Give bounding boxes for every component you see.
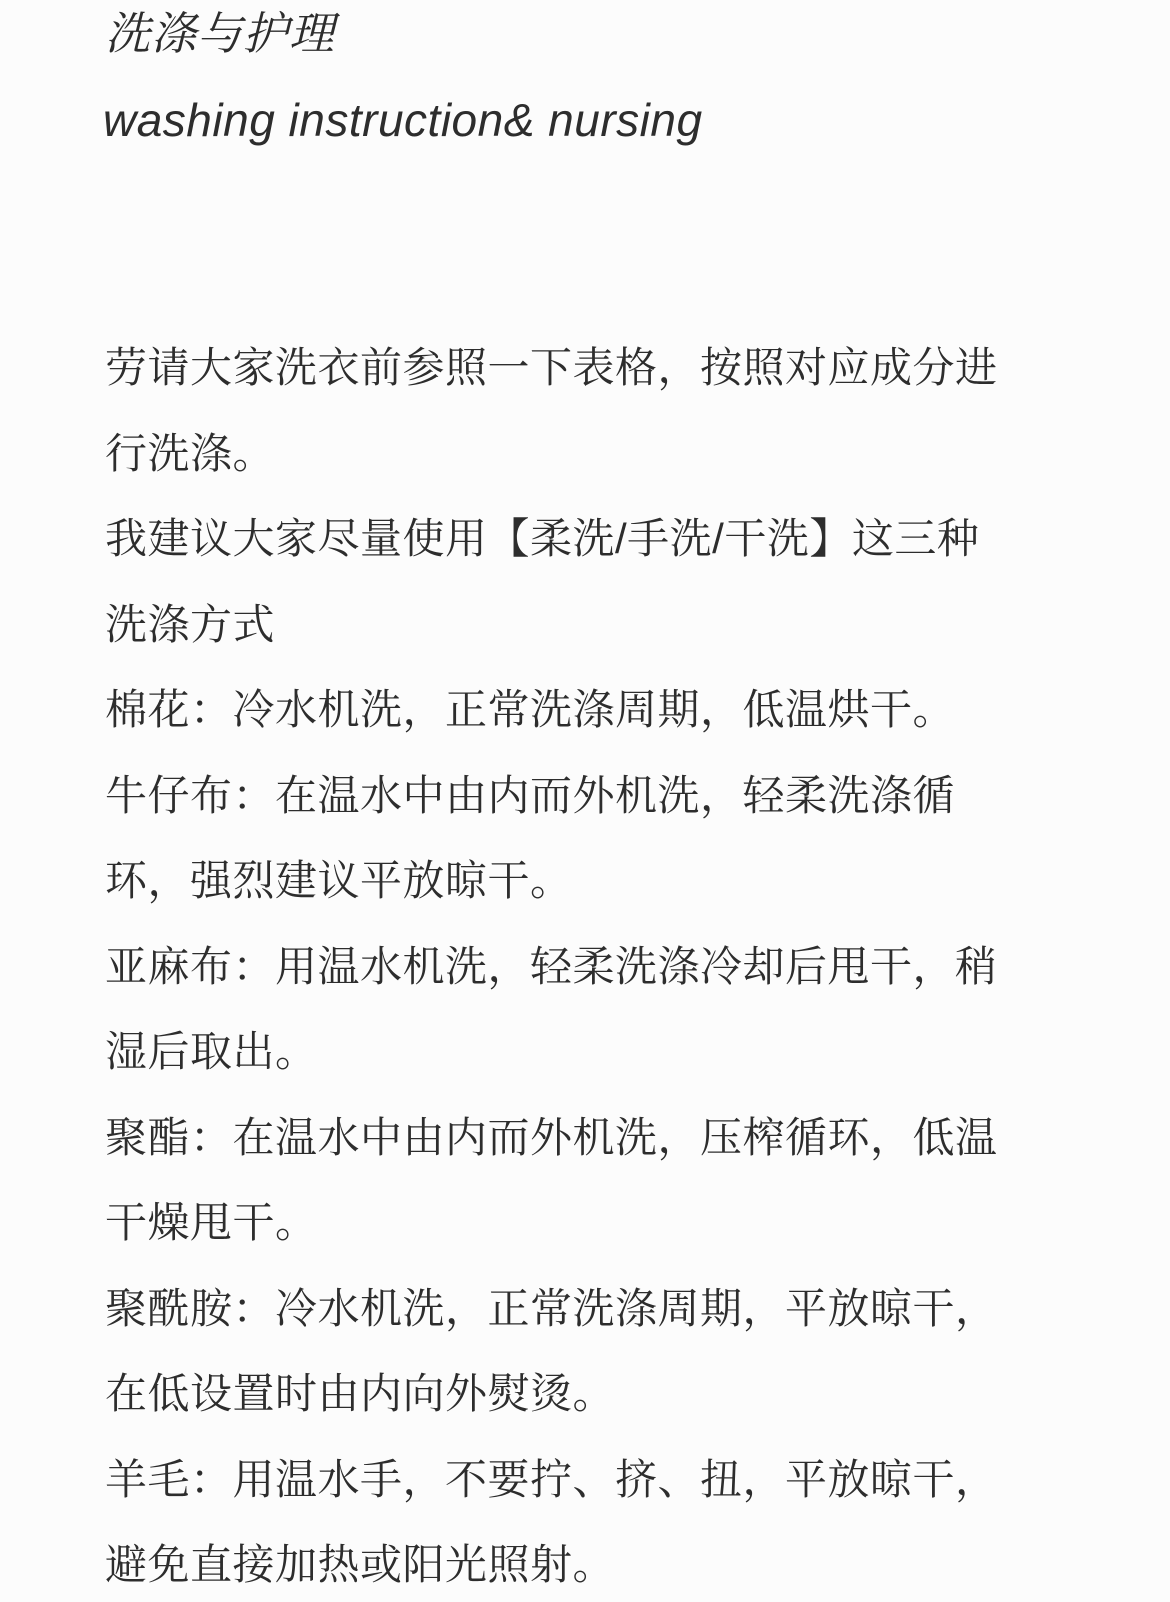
text-line: 牛仔布：在温水中由内而外机洗，轻柔洗涤循 <box>105 753 1115 839</box>
text-line: 环，强烈建议平放晾干。 <box>105 838 1115 924</box>
paragraph-cotton: 棉花：冷水机洗，正常洗涤周期，低温烘干。 <box>105 667 1115 753</box>
text-line: 棉花：冷水机洗，正常洗涤周期，低温烘干。 <box>105 667 1115 753</box>
page-subtitle: washing instruction& nursing <box>103 92 703 148</box>
text-line: 洗涤方式 <box>105 582 1115 668</box>
text-line: 湿后取出。 <box>105 1009 1115 1095</box>
text-line: 劳请大家洗衣前参照一下表格，按照对应成分进 <box>105 325 1115 411</box>
paragraph-intro: 劳请大家洗衣前参照一下表格，按照对应成分进 行洗涤。 <box>105 325 1115 496</box>
text-line: 避免直接加热或阳光照射。 <box>105 1522 1115 1602</box>
body-text: 劳请大家洗衣前参照一下表格，按照对应成分进 行洗涤。 我建议大家尽量使用【柔洗/… <box>105 325 1115 1602</box>
text-line: 亚麻布：用温水机洗，轻柔洗涤冷却后甩干，稍 <box>105 924 1115 1010</box>
text-line: 羊毛：用温水手，不要拧、挤、扭，平放晾干， <box>105 1437 1115 1523</box>
text-line: 我建议大家尽量使用【柔洗/手洗/干洗】这三种 <box>105 496 1115 582</box>
paragraph-wool: 羊毛：用温水手，不要拧、挤、扭，平放晾干， 避免直接加热或阳光照射。 <box>105 1437 1115 1602</box>
document-page: 洗涤与护理 washing instruction& nursing 劳请大家洗… <box>0 0 1170 1602</box>
text-line: 行洗涤。 <box>105 411 1115 497</box>
text-line: 在低设置时由内向外熨烫。 <box>105 1351 1115 1437</box>
page-title: 洗涤与护理 <box>105 8 335 60</box>
text-line: 干燥甩干。 <box>105 1180 1115 1266</box>
paragraph-denim: 牛仔布：在温水中由内而外机洗，轻柔洗涤循 环，强烈建议平放晾干。 <box>105 753 1115 924</box>
text-line: 聚酰胺：冷水机洗，正常洗涤周期，平放晾干， <box>105 1266 1115 1352</box>
paragraph-linen: 亚麻布：用温水机洗，轻柔洗涤冷却后甩干，稍 湿后取出。 <box>105 924 1115 1095</box>
paragraph-polyester: 聚酯：在温水中由内而外机洗，压榨循环，低温 干燥甩干。 <box>105 1095 1115 1266</box>
paragraph-recommendation: 我建议大家尽量使用【柔洗/手洗/干洗】这三种 洗涤方式 <box>105 496 1115 667</box>
paragraph-polyamide: 聚酰胺：冷水机洗，正常洗涤周期，平放晾干， 在低设置时由内向外熨烫。 <box>105 1266 1115 1437</box>
text-line: 聚酯：在温水中由内而外机洗，压榨循环，低温 <box>105 1095 1115 1181</box>
